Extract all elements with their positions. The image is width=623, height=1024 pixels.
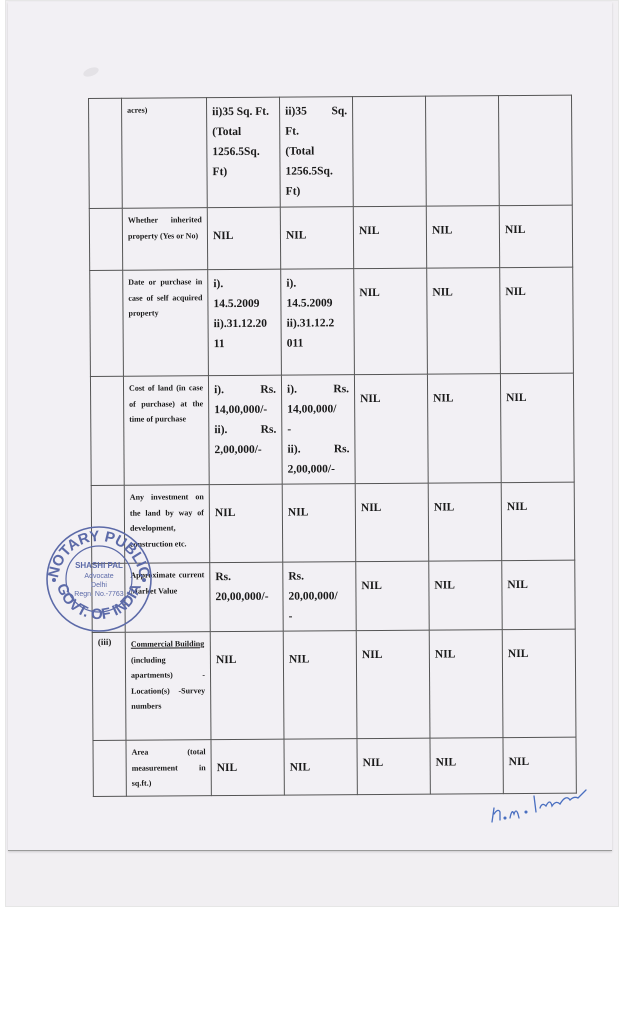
nil-value: NIL <box>360 379 422 405</box>
nil-value: NIL <box>436 742 498 768</box>
nil-value: NIL <box>216 636 278 670</box>
value-line: Rs. <box>288 566 350 586</box>
table-row: Cost of land (in case of purchase) at th… <box>90 373 574 485</box>
value-cell: NIL <box>283 631 357 740</box>
value-line: 1256.5Sq. <box>212 142 274 162</box>
value-cell: NIL <box>427 374 501 484</box>
section-title: Commercial Building <box>131 636 205 652</box>
value-line: 14.5.2009 <box>286 293 348 313</box>
value-cell: NIL <box>499 205 572 268</box>
table-row: (iii)Commercial Building(including apart… <box>92 629 576 740</box>
value-cell: NIL <box>500 267 574 374</box>
label-cell: Approximate current Market Value <box>125 563 210 633</box>
nil-value: NIL <box>290 743 352 777</box>
nil-value: NIL <box>505 272 567 298</box>
value-cell: NIL <box>502 560 575 630</box>
value-line: 2,00,000/- <box>214 440 276 460</box>
label-cell: Area (total measurement in sq.ft.) <box>126 740 211 797</box>
value-cell: NIL <box>429 630 503 739</box>
value-cell: NIL <box>354 374 428 484</box>
value-line: Ft. <box>285 121 347 141</box>
value-line: ii)35 Sq. Ft. <box>212 102 274 122</box>
serial-cell <box>90 270 124 376</box>
value-line: Ft) <box>212 162 274 182</box>
paper-smudge <box>82 66 100 79</box>
value-line: i). <box>286 273 348 293</box>
value-line: (Total <box>212 122 274 142</box>
label-cell: Cost of land (in case of purchase) at th… <box>123 376 209 486</box>
value-cell: NIL <box>427 268 501 375</box>
label-text: Approximate current Market Value <box>130 567 204 599</box>
nil-value: NIL <box>215 489 277 523</box>
table-row: Date or purchase in case of self acquire… <box>90 267 574 376</box>
value-cell: NIL <box>354 268 428 375</box>
nil-value: NIL <box>434 565 496 591</box>
value-line: Ft) <box>286 181 348 201</box>
value-line: - <box>289 606 351 626</box>
value-line: 2,00,000/- <box>288 459 350 479</box>
value-line: (Total <box>285 141 347 161</box>
value-line: i).Rs. <box>214 380 276 400</box>
serial-cell <box>92 563 125 632</box>
label-cell: Commercial Building(including apartments… <box>125 632 211 741</box>
label-text: acres) <box>127 102 201 118</box>
value-cell: Rs.20,00,000/- <box>283 562 356 632</box>
value-cell: i).Rs.14,00,000/-ii).Rs.2,00,000/- <box>281 375 355 485</box>
value-line: i). <box>213 274 275 294</box>
label-text: (including apartments) -Location(s) -Sur… <box>131 652 205 715</box>
nil-value: NIL <box>508 634 570 660</box>
serial-cell <box>89 208 122 270</box>
nil-value: NIL <box>505 210 567 236</box>
value-cell: NIL <box>209 484 283 563</box>
nil-value: NIL <box>432 210 494 236</box>
signature-icon <box>486 778 596 828</box>
value-cell <box>425 96 499 207</box>
value-cell: i).14.5.2009ii).31.12.2011 <box>208 269 282 376</box>
nil-value: NIL <box>507 565 569 591</box>
nil-value: NIL <box>363 743 425 769</box>
nil-value: NIL <box>435 634 497 660</box>
value-line: ii).Rs. <box>287 439 349 459</box>
value-cell: NIL <box>355 483 429 562</box>
value-cell: NIL <box>501 482 575 561</box>
value-cell: i).Rs.14,00,000/-ii).Rs.2,00,000/- <box>208 375 282 485</box>
label-cell: Whether inherited property (Yes or No) <box>122 208 207 271</box>
value-line: - <box>287 419 349 439</box>
serial-cell <box>90 376 124 485</box>
nil-value: NIL <box>217 744 279 778</box>
value-line: 14,00,000/ <box>287 399 349 419</box>
label-text: Whether inherited property (Yes or No) <box>128 212 202 244</box>
value-line: ii).31.12.2 <box>287 313 349 333</box>
nil-value: NIL <box>286 211 348 245</box>
value-cell: NIL <box>280 207 353 270</box>
nil-value: NIL <box>359 273 421 299</box>
value-line: 14,00,000/- <box>214 400 276 420</box>
nil-value: NIL <box>506 378 568 404</box>
value-cell: NIL <box>284 739 357 796</box>
value-line: ii).31.12.20 <box>214 314 276 334</box>
value-line: 14.5.2009 <box>213 294 275 314</box>
label-cell: acres) <box>122 98 208 209</box>
label-cell: Any investment on the land by way of dev… <box>124 485 210 564</box>
value-line: ii)35Sq. <box>285 101 347 121</box>
value-cell: Rs.20,00,000/- <box>210 562 283 632</box>
nil-value: NIL <box>434 487 496 513</box>
value-cell: NIL <box>426 206 499 269</box>
label-text: Cost of land (in case of purchase) at th… <box>129 380 203 427</box>
table-row: acres)ii)35 Sq. Ft.(Total1256.5Sq.Ft)ii)… <box>89 95 573 208</box>
table-row: Approximate current Market ValueRs.20,00… <box>92 560 575 632</box>
value-cell: NIL <box>356 561 429 631</box>
label-cell: Date or purchase in case of self acquire… <box>123 270 209 377</box>
value-cell: NIL <box>428 483 502 562</box>
value-cell: NIL <box>429 561 502 631</box>
value-line: 20,00,000/ <box>288 586 350 606</box>
value-cell: NIL <box>500 373 574 483</box>
nil-value: NIL <box>507 487 569 513</box>
value-cell: NIL <box>207 207 280 270</box>
nil-value: NIL <box>289 635 351 669</box>
label-text: Any investment on the land by way of dev… <box>130 489 204 552</box>
value-cell: NIL <box>357 738 430 795</box>
value-cell: NIL <box>211 739 284 796</box>
value-line: 20,00,000/- <box>215 587 277 607</box>
label-text: Area (total measurement in sq.ft.) <box>132 744 206 791</box>
nil-value: NIL <box>362 635 424 661</box>
value-cell: NIL <box>210 631 284 740</box>
value-cell: ii)35Sq.Ft.(Total1256.5Sq.Ft) <box>279 97 353 208</box>
value-line: 011 <box>287 333 349 353</box>
nil-value: NIL <box>288 488 350 522</box>
value-cell <box>498 95 572 206</box>
value-cell: NIL <box>356 630 430 739</box>
value-line: i).Rs. <box>287 379 349 399</box>
nil-value: NIL <box>361 488 423 514</box>
value-cell: NIL <box>502 629 576 738</box>
table-row: Any investment on the land by way of dev… <box>91 482 575 563</box>
nil-value: NIL <box>359 211 421 237</box>
nil-value: NIL <box>433 378 495 404</box>
serial-cell <box>89 98 123 208</box>
nil-value: NIL <box>213 212 275 246</box>
nil-value: NIL <box>361 566 423 592</box>
table-row: Whether inherited property (Yes or No)NI… <box>89 205 572 270</box>
value-cell: ii)35 Sq. Ft.(Total1256.5Sq.Ft) <box>207 97 281 208</box>
value-line: Rs. <box>215 567 277 587</box>
serial-cell <box>93 740 126 796</box>
asset-declaration-table: acres)ii)35 Sq. Ft.(Total1256.5Sq.Ft)ii)… <box>88 95 577 797</box>
value-line: 1256.5Sq. <box>285 161 347 181</box>
value-cell: NIL <box>353 206 426 269</box>
value-cell: i).14.5.2009ii).31.12.2011 <box>281 269 355 376</box>
value-cell <box>352 96 426 207</box>
value-cell: NIL <box>282 484 356 563</box>
serial-cell: (iii) <box>92 632 126 740</box>
label-text: Date or purchase in case of self acquire… <box>128 274 202 321</box>
value-line: 11 <box>214 334 276 354</box>
nil-value: NIL <box>509 742 571 768</box>
value-line: ii).Rs. <box>214 420 276 440</box>
nil-value: NIL <box>432 272 494 298</box>
serial-cell <box>91 485 125 563</box>
